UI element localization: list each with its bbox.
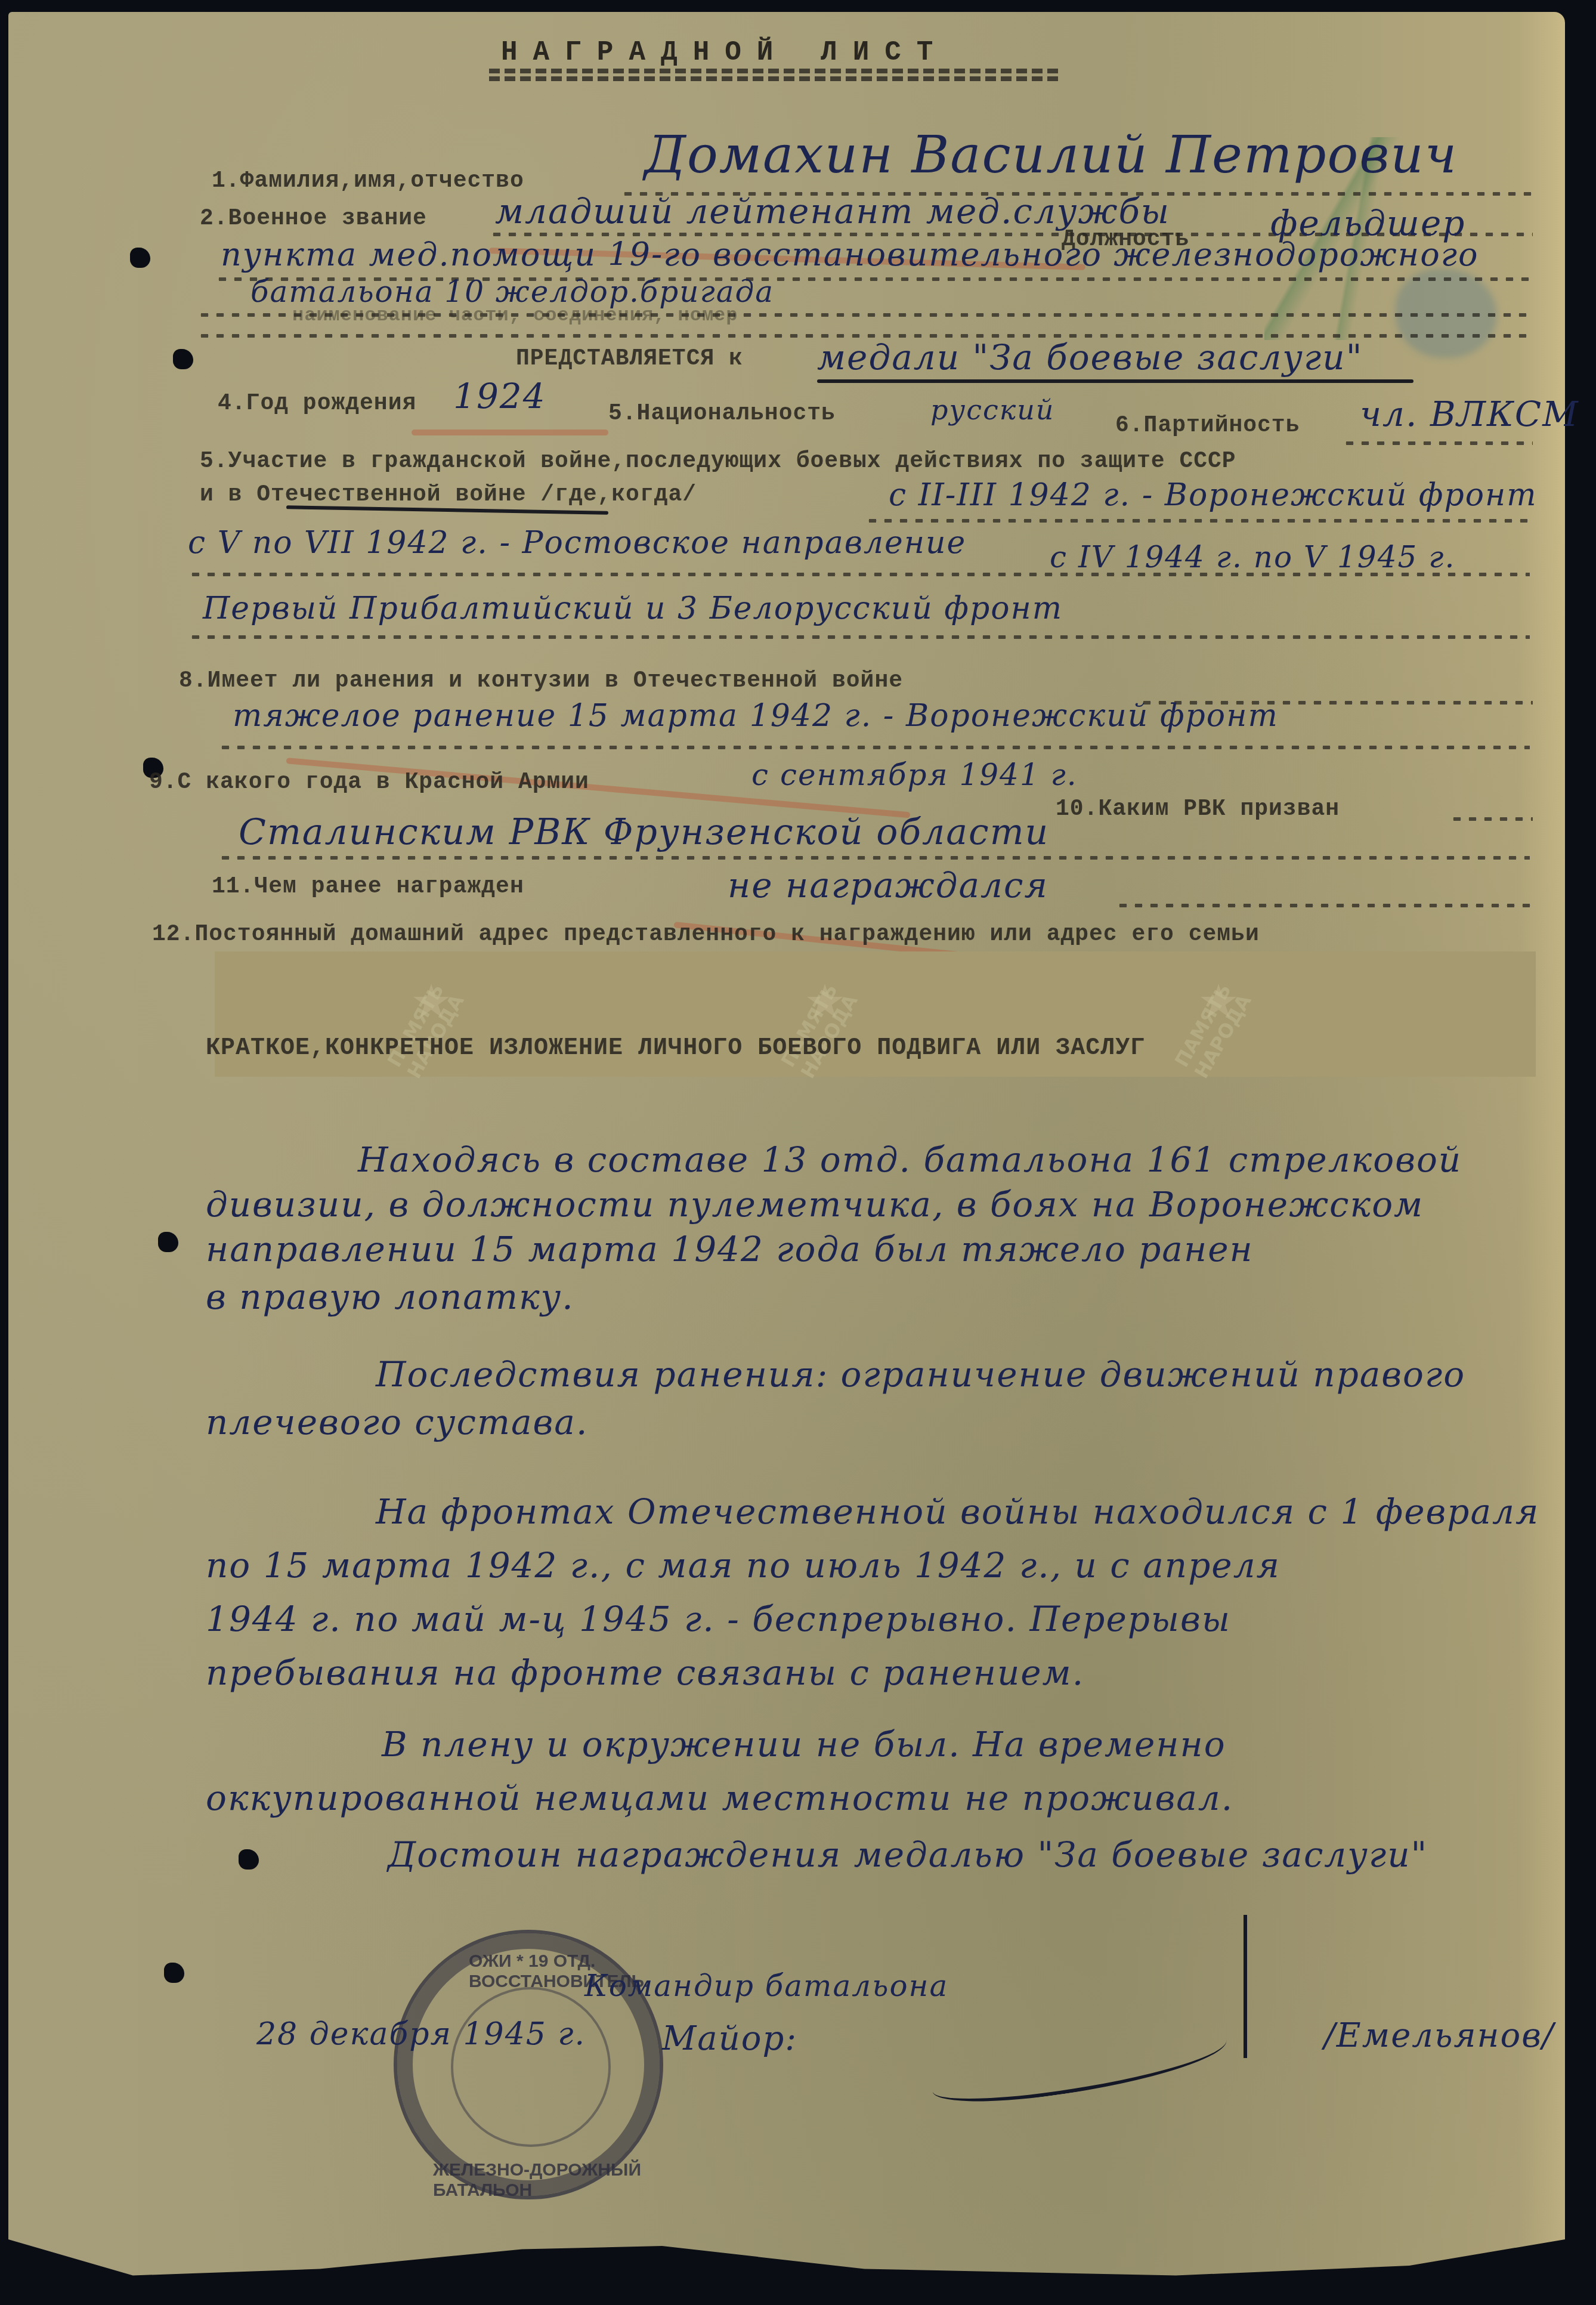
narrative-line: пребывания на фронте связаны с ранением. bbox=[206, 1652, 1084, 1693]
field-value-position-2: пункта мед.помощи 19-го восстановительно… bbox=[221, 236, 1479, 273]
narrative-line: плечевого сустава. bbox=[206, 1402, 588, 1442]
dotted-line bbox=[218, 856, 1530, 860]
signature-name: /Емельянов/ bbox=[1324, 2016, 1555, 2055]
narrative-line: дивизии, в должности пулеметчика, в боях… bbox=[206, 1184, 1424, 1225]
punch-hole bbox=[239, 1849, 259, 1870]
dotted-line bbox=[1342, 441, 1533, 445]
field-value-participation-2b: с IV 1944 г. по V 1945 г. bbox=[1050, 540, 1455, 574]
field-hint-unit: наименование части, соединения, номер bbox=[292, 304, 738, 326]
field-label-birth-year: 4.Год рождения bbox=[218, 391, 416, 416]
presented-award: медали "За боевые заслуги" bbox=[817, 337, 1363, 378]
field-value-participation-1: с II-III 1942 г. - Воронежский фронт bbox=[889, 477, 1538, 513]
signature-date: 28 декабря 1945 г. bbox=[256, 2016, 586, 2052]
field-label-nationality: 5.Национальность bbox=[608, 401, 836, 427]
field-value-army-since: с сентября 1941 г. bbox=[751, 758, 1078, 792]
field-value-wounds: тяжелое ранение 15 марта 1942 г. - Ворон… bbox=[233, 698, 1279, 734]
punch-hole bbox=[158, 1232, 178, 1252]
narrative-line: Находясь в составе 13 отд. батальона 161… bbox=[358, 1139, 1462, 1180]
field-label-name: 1.Фамилия,имя,отчество bbox=[212, 168, 524, 194]
dotted-line bbox=[188, 635, 1530, 639]
dotted-line bbox=[218, 746, 1530, 749]
punch-hole bbox=[164, 1963, 184, 1983]
punch-hole bbox=[173, 349, 193, 369]
field-label-rvk: 10.Каким РВК призван bbox=[1056, 796, 1340, 822]
field-value-nationality: русский bbox=[930, 394, 1054, 426]
field-label-participation-2: и в Отечественной войне /где,когда/ bbox=[200, 482, 697, 508]
signature-role: Командир батальона bbox=[584, 1969, 948, 2003]
narrative-line: В плену и окружении не был. На временно bbox=[382, 1724, 1226, 1765]
field-label-wounds: 8.Имеет ли ранения и контузии в Отечеств… bbox=[179, 668, 903, 694]
field-value-rank: младший лейтенант мед.службы bbox=[495, 191, 1170, 231]
narrative-line: Достоин награждения медалью "За боевые з… bbox=[388, 1834, 1428, 1875]
narrative-line: по 15 марта 1942 г., с мая по июль 1942 … bbox=[206, 1545, 1280, 1586]
field-label-rank: 2.Военное звание bbox=[200, 206, 427, 231]
stamp-text-bottom: ЖЕЛЕЗНО-ДОРОЖНЫЙ БАТАЛЬОН bbox=[433, 2160, 660, 2201]
field-value-rvk: Сталинским РВК Фрунзенской области bbox=[239, 811, 1049, 853]
presented-label: ПРЕДСТАВЛЯЕТСЯ к bbox=[516, 346, 743, 372]
field-value-participation-3: Первый Прибалтийский и 3 Белорусский фро… bbox=[203, 591, 1063, 626]
field-label-army-since: 9.С какого года в Красной Армии bbox=[149, 770, 589, 795]
field-label-address: 12.Постоянный домашний адрес представлен… bbox=[152, 922, 1260, 947]
narrative-line: направлении 15 марта 1942 года был тяжел… bbox=[206, 1229, 1254, 1269]
narrative-line: Последствия ранения: ограничение движени… bbox=[376, 1354, 1465, 1395]
field-label-prior-awards: 11.Чем ранее награжден bbox=[212, 874, 524, 900]
dotted-line bbox=[1449, 817, 1533, 821]
dotted-line bbox=[865, 519, 1533, 523]
signature-stroke bbox=[1244, 1915, 1247, 2058]
field-value-participation-2: с V по VII 1942 г. - Ростовское направле… bbox=[188, 525, 966, 561]
dotted-line bbox=[1115, 904, 1533, 907]
narrative-line: оккупированной немцами местности не прож… bbox=[206, 1778, 1233, 1818]
red-pencil-underline bbox=[412, 430, 608, 435]
field-value-party: чл. ВЛКСМ bbox=[1360, 394, 1579, 434]
award-underline bbox=[817, 379, 1413, 383]
star-icon: ★ bbox=[412, 957, 451, 1039]
field-label-party: 6.Партийность bbox=[1115, 413, 1300, 438]
document-title: НАГРАДНОЙ ЛИСТ bbox=[501, 37, 948, 68]
field-value-prior-awards: не награждался bbox=[728, 865, 1048, 906]
section-heading: КРАТКОЕ,КОНКРЕТНОЕ ИЗЛОЖЕНИЕ ЛИЧНОГО БОЕ… bbox=[206, 1035, 1145, 1062]
narrative-line: в правую лопатку. bbox=[206, 1277, 574, 1317]
punch-hole bbox=[130, 248, 150, 268]
star-icon: ★ bbox=[805, 957, 845, 1039]
narrative-line: 1944 г. по май м-ц 1945 г. - беспрерывно… bbox=[206, 1599, 1231, 1639]
dotted-line bbox=[188, 573, 1530, 576]
star-icon: ★ bbox=[1199, 957, 1238, 1039]
signature-rank: Майор: bbox=[662, 2019, 797, 2058]
title-underline bbox=[489, 76, 1062, 81]
field-value-name: Домахин Василий Петрович bbox=[644, 125, 1458, 185]
field-value-birth-year: 1924 bbox=[453, 376, 546, 416]
stamp-emblem bbox=[451, 1987, 611, 2147]
narrative-line: На фронтах Отечественной войны находился… bbox=[376, 1491, 1539, 1532]
title-underline bbox=[489, 69, 1062, 73]
field-label-participation: 5.Участие в гражданской войне,последующи… bbox=[200, 449, 1236, 474]
